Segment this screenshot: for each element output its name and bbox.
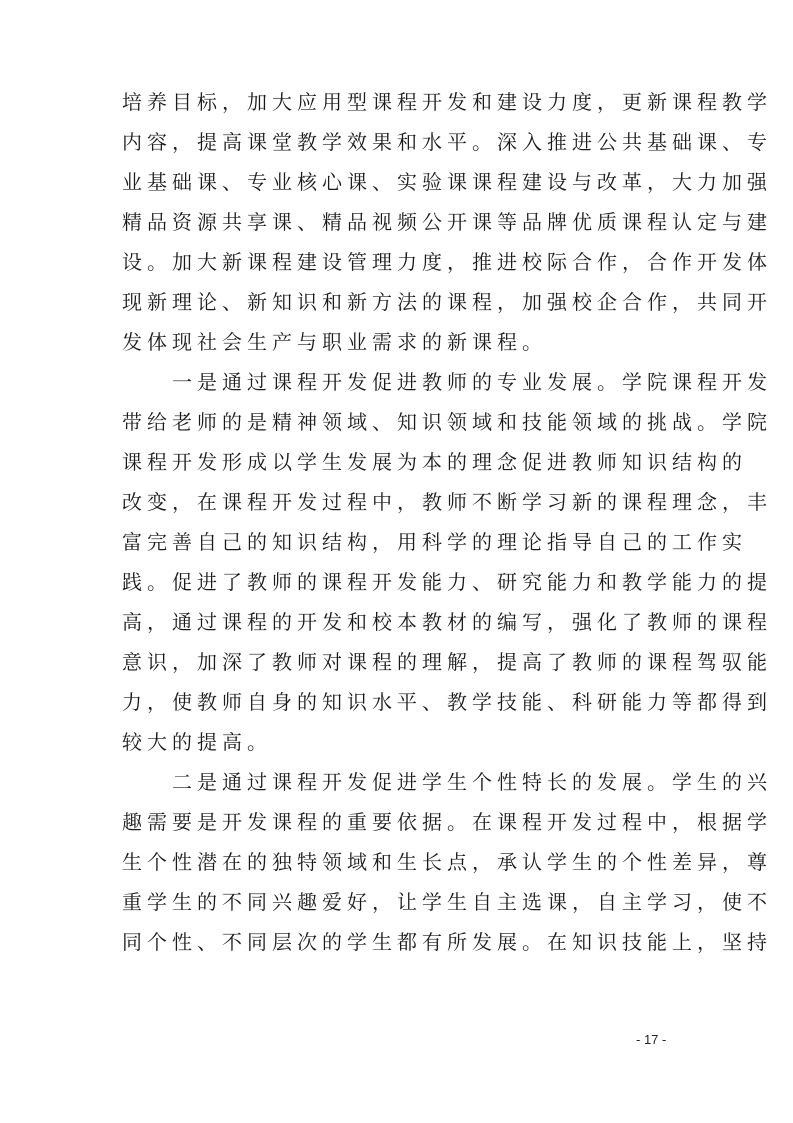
text-line: 设。加大新课程建设管理力度，推进校际合作，合作开发体 [122,242,674,282]
text-line: 高，通过课程的开发和校本教材的编写，强化了教师的课程 [122,602,674,642]
text-line: 意识，加深了教师对课程的理解，提高了教师的课程驾驭能 [122,642,674,682]
text-line: 培养目标，加大应用型课程开发和建设力度，更新课程教学 [122,82,674,122]
text-line: 践。促进了教师的课程开发能力、研究能力和教学能力的提 [122,562,674,602]
text-line: 二是通过课程开发促进学生个性特长的发展。学生的兴 [122,762,674,802]
text-line: 带给老师的是精神领域、知识领域和技能领域的挑战。学院 [122,402,674,442]
document-page: 培养目标，加大应用型课程开发和建设力度，更新课程教学 内容，提高课堂教学效果和水… [0,0,793,1123]
text-line: 现新理论、新知识和新方法的课程，加强校企合作，共同开 [122,282,674,322]
body-text: 培养目标，加大应用型课程开发和建设力度，更新课程教学 内容，提高课堂教学效果和水… [122,82,674,962]
text-line: 较大的提高。 [122,722,674,762]
text-line: 发体现社会生产与职业需求的新课程。 [122,322,674,362]
text-line: 富完善自己的知识结构，用科学的理论指导自己的工作实 [122,522,674,562]
text-line: 重学生的不同兴趣爱好，让学生自主选课，自主学习，使不 [122,882,674,922]
text-line: 改变，在课程开发过程中，教师不断学习新的课程理念，丰 [122,482,674,522]
text-line: 业基础课、专业核心课、实验课课程建设与改革，大力加强 [122,162,674,202]
text-line: 精品资源共享课、精品视频公开课等品牌优质课程认定与建 [122,202,674,242]
text-line: 趣需要是开发课程的重要依据。在课程开发过程中，根据学 [122,802,674,842]
text-line: 生个性潜在的独特领域和生长点，承认学生的个性差异，尊 [122,842,674,882]
text-line: 内容，提高课堂教学效果和水平。深入推进公共基础课、专 [122,122,674,162]
text-line: 课程开发形成以学生发展为本的理念促进教师知识结构的 [122,442,674,482]
text-line: 一是通过课程开发促进教师的专业发展。学院课程开发 [122,362,674,402]
text-line: 力，使教师自身的知识水平、教学技能、科研能力等都得到 [122,682,674,722]
text-line: 同个性、不同层次的学生都有所发展。在知识技能上，坚持 [122,922,674,962]
page-number: - 17 - [636,1032,666,1047]
